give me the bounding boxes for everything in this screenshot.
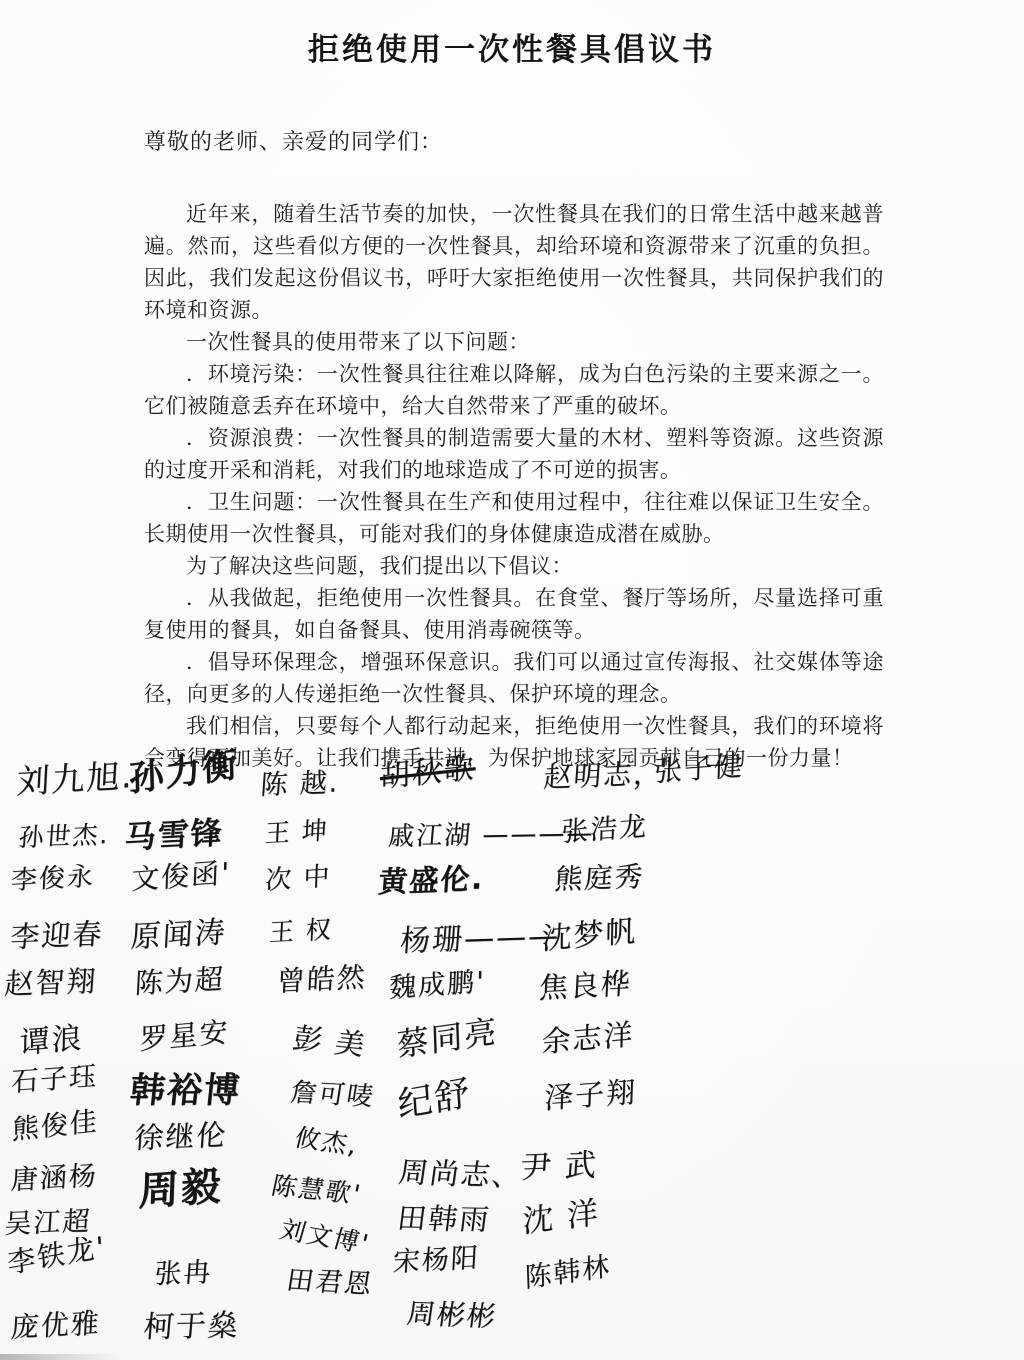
signature: 纪舒 — [396, 1065, 472, 1128]
signature: 唐涵杨 — [10, 1153, 99, 1197]
signature: 马雪锋 — [124, 807, 225, 857]
signature: 李俊永 — [10, 856, 96, 898]
signature: 尹 武 — [519, 1139, 600, 1187]
signature: 王 权 — [268, 910, 334, 949]
signature: 戚江湖 ———— — [387, 812, 596, 853]
signature: 焦良桦 — [538, 961, 633, 1007]
signature: 赵智翔 — [3, 959, 99, 1003]
signature: 韩裕博 — [128, 1063, 244, 1113]
signature: 文俊函' — [131, 851, 232, 898]
body-paragraph: ．倡导环保理念，增强环保意识。我们可以通过宣传海报、社交媒体等途径，向更多的人传… — [144, 646, 884, 710]
signature: 陈慧歌' — [268, 1166, 365, 1211]
signature: 彭 美 — [289, 1016, 370, 1064]
signature: 宋杨阳 — [392, 1235, 481, 1279]
signature: 杨珊——— — [399, 910, 562, 960]
signature: 次 中 — [265, 855, 332, 897]
signature: 熊俊佳 — [12, 1099, 99, 1147]
body-paragraph: 一次性餐具的使用带来了以下问题： — [144, 326, 884, 358]
body-paragraph: ．从我做起，拒绝使用一次性餐具。在食堂、餐厅等场所，尽量选择可重复使用的餐具，如… — [144, 582, 884, 646]
signature: 陈为超 — [134, 957, 226, 1002]
signature: 周毅 — [138, 1154, 224, 1217]
body-paragraph: ．卫生问题：一次性餐具在生产和使用过程中，往往难以保证卫生安全。长期使用一次性餐… — [144, 486, 884, 550]
body-paragraph: ．环境污染：一次性餐具往往难以降解，成为白色污染的主要来源之一。它们被随意丢弃在… — [144, 358, 884, 422]
body-paragraph: 我们相信，只要每个人都行动起来，拒绝使用一次性餐具，我们的环境将会变得更加美好。… — [144, 710, 884, 774]
signature: 田韩雨 — [395, 1196, 493, 1239]
signature: 陈韩林 — [524, 1244, 612, 1295]
signature: 沈 洋 — [522, 1187, 600, 1242]
signature: 曾皓然 — [276, 955, 368, 1000]
signature: 原闻涛 — [130, 907, 228, 956]
signature: 王 坤 — [264, 811, 330, 850]
scan-edge-smudge — [0, 1354, 120, 1360]
signature: 魏成鹏' — [389, 959, 487, 1005]
signature: 石子珏 — [11, 1054, 99, 1099]
signature: 孙世杰. — [17, 815, 110, 854]
body-paragraph: ．资源浪费：一次性餐具的制造需要大量的木材、塑料等资源。这些资源的过度开采和消耗… — [144, 422, 884, 486]
document-title: 拒绝使用一次性餐具倡议书 — [0, 0, 1024, 69]
signature: 吴江超 — [3, 1199, 93, 1241]
scanned-document-page: 拒绝使用一次性餐具倡议书 尊敬的老师、亲爱的同学们： 近年来，随着生活节奏的加快… — [0, 0, 1024, 1360]
signature: 罗星安 — [139, 1010, 229, 1058]
salutation: 尊敬的老师、亲爱的同学们： — [144, 125, 1024, 156]
signature: 黄盛伦. — [377, 856, 486, 901]
body-paragraph: 为了解决这些问题，我们提出以下倡议： — [144, 550, 884, 582]
signature: 周彬彬 — [404, 1292, 500, 1335]
signature: 田君恩 — [284, 1258, 377, 1301]
signature: 李迎春 — [9, 912, 105, 956]
signature: 谭浪 — [19, 1012, 84, 1062]
signature: 泽子翔 — [544, 1070, 638, 1118]
signature: 张浩龙 — [561, 804, 649, 849]
document-body: 近年来，随着生活节奏的加快，一次性餐具在我们的日常生活中越来越普遍。然而，这些看… — [144, 198, 884, 774]
signature: 熊庭秀 — [553, 855, 646, 898]
signature: 李铁龙' — [6, 1225, 107, 1282]
signature: 刘文博' — [276, 1210, 374, 1260]
signature: 徐继伦 — [133, 1113, 229, 1157]
signature: 张冉 — [153, 1250, 214, 1291]
body-paragraph: 近年来，随着生活节奏的加快，一次性餐具在我们的日常生活中越来越普遍。然而，这些看… — [144, 198, 884, 326]
signature: 詹可唛 — [288, 1072, 378, 1113]
signature: 刘九旭. — [16, 750, 136, 803]
signature: 庞优雅 — [10, 1301, 102, 1346]
signature: 余志洋 — [541, 1012, 634, 1061]
signature: 周尚志、 — [396, 1150, 526, 1195]
signature: 攸杰, — [291, 1118, 363, 1162]
signature: 沈梦帆 — [541, 906, 637, 959]
signature: 柯于燊 — [142, 1300, 242, 1346]
signature: 蔡同亮 — [396, 1006, 499, 1066]
